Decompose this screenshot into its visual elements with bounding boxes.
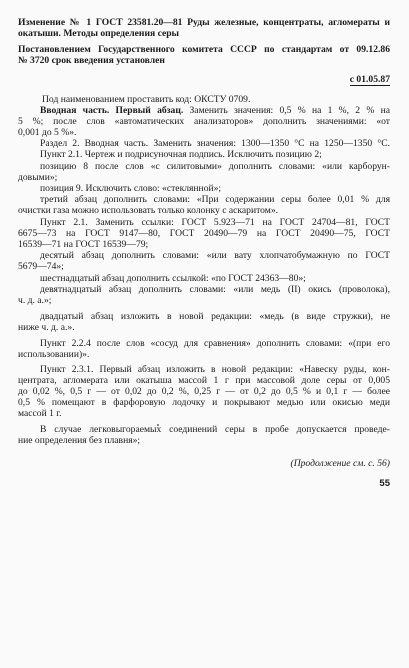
document-page: Изменение № 1 ГОСТ 23581.20—81 Руды желе… [0, 0, 409, 668]
body-line: Пункт 2.1. Чертеж и подрисуночная подпис… [40, 149, 322, 160]
body-line: двадцатый абзац изложить в новой редакци… [40, 311, 390, 322]
page-number: 55 [379, 478, 390, 489]
body-line: 5679—74»; [18, 261, 64, 272]
body-line: Вводная часть. Первый абзац. Заменить зн… [40, 105, 390, 116]
header-line-3: Постановлением Государственного комитета… [18, 44, 390, 55]
body-line: девятнадцатый абзац дополнить словами: «… [40, 284, 390, 295]
body-line: десятый абзац дополнить словами: «или ва… [40, 250, 390, 261]
body-line: до 0,02 %, 0,5 г — от 0,02 до 0,2 %, 0,2… [18, 386, 390, 397]
body-line: ние определения без плавня»; [18, 435, 140, 446]
header-line-2: окатыши. Методы определения серы [18, 28, 179, 39]
body-line: Раздел 2. Вводная часть. Заменить значен… [40, 138, 390, 149]
body-line: центрата, агломерата или окатыша массой … [18, 375, 390, 386]
body-line: довыми»; [18, 172, 57, 183]
header-line-1: Изменение № 1 ГОСТ 23581.20—81 Руды желе… [18, 17, 390, 28]
body-line: 0,001 до 5 %». [18, 127, 76, 138]
effective-date: с 01.05.87 [350, 74, 390, 86]
body-line: 5 %; после слов «автоматических анализат… [18, 116, 390, 127]
body-line: Под наименованием проставить код: ОКСТУ … [42, 94, 250, 105]
body-line: использовании)». [18, 349, 89, 360]
body-line: ч. д. а.»; [18, 295, 51, 306]
body-line: Пункт 2.1. Заменить ссылки: ГОСТ 5.923—7… [40, 217, 390, 228]
body-line: массой 1 г. [18, 408, 62, 419]
body-line: очистки газа можно использовать только к… [18, 205, 278, 216]
body-line: 16539—71 на ГОСТ 16539—79; [18, 239, 148, 250]
body-line: ниже ч. д. а.». [18, 322, 75, 333]
body-line: Пункт 2.2.4 после слов «сосуд для сравне… [40, 338, 390, 349]
body-line: Пункт 2.3.1. Первый абзац изложить в нов… [40, 364, 390, 375]
body-line: В случае легковыгораемых соединений серы… [40, 424, 390, 435]
scan-speck [157, 424, 159, 426]
body-line: 0,5 % помещают в фарфоровую лодочку и по… [18, 397, 390, 408]
header-line-4: № 3720 срок введения установлен [18, 55, 165, 66]
body-line: позицию 8 после слов «с силитовыми» допо… [40, 161, 390, 172]
body-line: шестнадцатый абзац дополнить ссылкой: «п… [40, 273, 306, 284]
continuation-note: (Продолжение см. с. 56) [291, 458, 390, 469]
body-line: позиция 9. Исключить слово: «стеклянной»… [40, 183, 221, 194]
body-line: 6675—73 на ГОСТ 9147—80, ГОСТ 20490—79 н… [18, 228, 390, 239]
body-line: третий абзац дополнить словами: «При сод… [40, 194, 390, 205]
